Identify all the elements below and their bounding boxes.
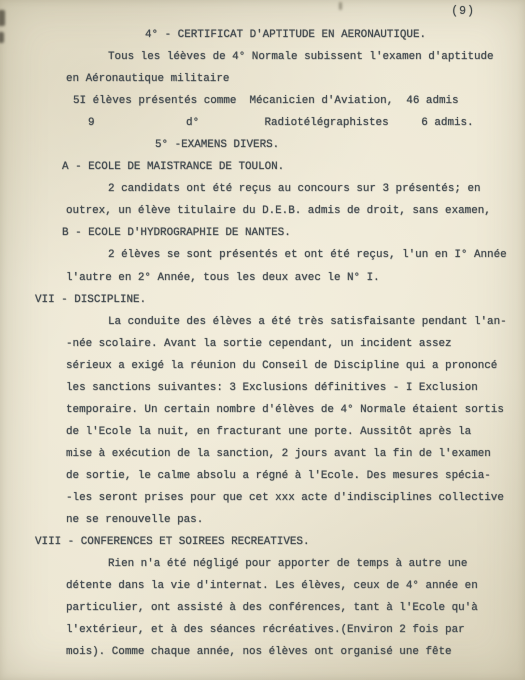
text-line: détente dans la vie d'internat. Les élèv… bbox=[66, 575, 525, 597]
text-line: mise à exécution de la sanction, 2 jours… bbox=[66, 443, 525, 465]
text-line: 5° -EXAMENS DIVERS. bbox=[155, 134, 525, 156]
document-page: (9) 4° - CERTIFICAT D'APTITUDE EN AERONA… bbox=[0, 0, 525, 680]
text-line: sérieux a exigé la réunion du Conseil de… bbox=[66, 355, 525, 377]
text-line: Tous les léèves de 4° Normale subissent … bbox=[108, 46, 525, 68]
text-line: VIII - CONFERENCES ET SOIREES RECREATIVE… bbox=[35, 531, 525, 553]
text-line: particulier, ont assisté à des conférenc… bbox=[66, 597, 525, 619]
text-line: en Aéronautique militaire bbox=[66, 68, 525, 90]
text-line: de l'Ecole la nuit, en fracturant une po… bbox=[66, 421, 525, 443]
text-line: mois). Comme chaque année, nos élèves on… bbox=[66, 641, 525, 663]
text-line: -née scolaire. Avant la sortie cependant… bbox=[66, 333, 525, 355]
text-line: l'autre en 2° Année, tous les deux avec … bbox=[66, 267, 525, 289]
scan-artifact bbox=[339, 2, 342, 10]
scan-artifact bbox=[0, 32, 4, 43]
text-line: 9 d° Radiotélégraphistes 6 admis. bbox=[88, 112, 525, 134]
text-line: temporaire. Un certain nombre d'élèves d… bbox=[66, 399, 525, 421]
text-line: B - ECOLE D'HYDROGRAPHIE DE NANTES. bbox=[62, 222, 525, 244]
text-line: 4° - CERTIFICAT D'APTITUDE EN AERONAUTIQ… bbox=[145, 24, 525, 46]
text-line: ne se renouvelle pas. bbox=[66, 509, 525, 531]
scan-artifact bbox=[0, 10, 5, 26]
text-line: Rien n'a été négligé pour apporter de te… bbox=[108, 553, 525, 575]
page-number: (9) bbox=[451, 5, 475, 18]
document-lines: 4° - CERTIFICAT D'APTITUDE EN AERONAUTIQ… bbox=[0, 24, 525, 663]
text-line: les sanctions suivantes: 3 Exclusions dé… bbox=[66, 377, 525, 399]
text-line: 2 candidats ont été reçus au concours su… bbox=[108, 178, 525, 200]
text-line: -les seront prises pour que cet xxx acte… bbox=[66, 487, 525, 509]
text-line: VII - DISCIPLINE. bbox=[35, 289, 525, 311]
text-line: 2 élèves se sont présentés et ont été re… bbox=[108, 244, 525, 266]
text-line: l'extérieur, et à des séances récréative… bbox=[66, 619, 525, 641]
text-line: La conduite des élèves a été très satisf… bbox=[108, 311, 525, 333]
text-line: 5I élèves présentés comme Mécanicien d'A… bbox=[73, 90, 525, 112]
text-line: outrex, un élève titulaire du D.E.B. adm… bbox=[66, 200, 525, 222]
text-line: de sortie, le calme absolu a régné à l'E… bbox=[66, 465, 525, 487]
text-line: A - ECOLE DE MAISTRANCE DE TOULON. bbox=[62, 156, 525, 178]
